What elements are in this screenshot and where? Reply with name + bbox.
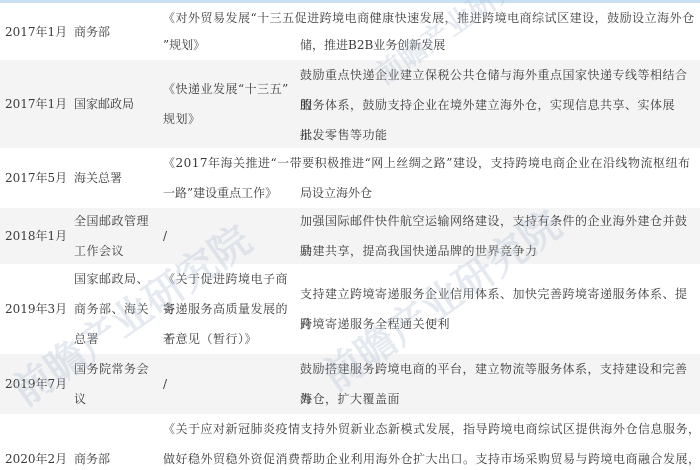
org-line: 商务部、海关 bbox=[74, 294, 156, 324]
org-line: 全国邮政管理 bbox=[74, 206, 156, 236]
doc-cell: 《关于应对新冠肺炎疫情支持外贸新业态新模式发展，指导跨境电商综试区提供海外仓信息… bbox=[163, 414, 698, 470]
doc-cell-tail: ”规划》 bbox=[163, 30, 205, 60]
content-line: 批发零售等功能 bbox=[300, 120, 695, 150]
date-cell: 2019年3月 bbox=[5, 294, 73, 324]
content-line: 外仓，扩大覆盖面 bbox=[300, 384, 695, 414]
org-cell: 全国邮政管理 工作会议 bbox=[74, 206, 156, 266]
content-line: 支持建立跨境寄递服务企业信用体系、加快完善跨境寄递服务体系、提升 bbox=[300, 279, 695, 309]
org-cell: 海关总署 bbox=[74, 163, 156, 193]
content-line: 共建共享，提高我国快递品牌的世界竞争力 bbox=[300, 236, 695, 266]
org-cell: 国家邮政局 bbox=[74, 89, 156, 119]
doc-cell: / bbox=[163, 221, 298, 251]
doc-line: 《2017年海关推进“一带要积极推进“网上丝绸之路”建设，支持跨境电商企业在沿线… bbox=[163, 148, 698, 178]
org-cell: 国家邮政局、 商务部、海关 总署 bbox=[74, 264, 156, 354]
content-cell: 加强国际邮件快件航空运输网络建设，支持有条件的企业海外建仓并鼓励 共建共享，提高… bbox=[300, 206, 695, 266]
content-cell: 储，推进B2B业务创新发展 bbox=[300, 30, 445, 60]
doc-line: 寄递服务高质量发展的若 bbox=[163, 294, 298, 324]
table-row: 2020年2月 商务部 《关于应对新冠肺炎疫情支持外贸新业态新模式发展，指导跨境… bbox=[0, 414, 700, 470]
doc-line: 做好稳外贸稳外资促消费帮助企业利用海外仓扩大出口。支持市场采购贸易与跨境电商融合… bbox=[163, 444, 698, 470]
table-row: 2017年1月 国家邮政局 《快递业发展“十三五” 规划》 鼓励重点快递企业建立… bbox=[0, 60, 700, 148]
content-cell: 鼓励搭建服务跨境电商的平台，建立物流等服务体系，支持建设和完善海 外仓，扩大覆盖… bbox=[300, 354, 695, 414]
table-row: 2019年3月 国家邮政局、 商务部、海关 总署 《关于促进跨境电子商务 寄递服… bbox=[0, 264, 700, 354]
date-cell: 2017年1月 bbox=[5, 17, 73, 47]
doc-line: 干意见（暂行）》 bbox=[163, 324, 298, 354]
content-cell: 支持建立跨境寄递服务企业信用体系、加快完善跨境寄递服务体系、提升 跨境寄递服务全… bbox=[300, 279, 695, 339]
content-line: 鼓励重点快递企业建立保税公共仓储与海外重点国家快递专线等相结合的 bbox=[300, 60, 695, 90]
doc-line: 《快递业发展“十三五” bbox=[163, 74, 298, 104]
table-row: 2017年5月 海关总署 《2017年海关推进“一带要积极推进“网上丝绸之路”建… bbox=[0, 148, 700, 208]
table-row: 2019年7月 国务院常务会 议 / 鼓励搭建服务跨境电商的平台，建立物流等服务… bbox=[0, 354, 700, 414]
doc-cell: 《关于促进跨境电子商务 寄递服务高质量发展的若 干意见（暂行）》 bbox=[163, 264, 298, 354]
doc-line: 《关于应对新冠肺炎疫情支持外贸新业态新模式发展，指导跨境电商综试区提供海外仓信息… bbox=[163, 414, 698, 444]
date-cell: 2017年1月 bbox=[5, 89, 73, 119]
date-cell: 2020年2月 bbox=[5, 444, 73, 470]
date-cell: 2019年7月 bbox=[5, 369, 73, 399]
doc-cell-tail: 一路”建设重点工作》 bbox=[163, 178, 277, 208]
date-cell: 2018年1月 bbox=[5, 221, 73, 251]
org-line: 议 bbox=[74, 384, 156, 414]
table-row: 2018年1月 全国邮政管理 工作会议 / 加强国际邮件快件航空运输网络建设，支… bbox=[0, 208, 700, 264]
doc-cell: 《2017年海关推进“一带要积极推进“网上丝绸之路”建设，支持跨境电商企业在沿线… bbox=[163, 148, 698, 178]
doc-line: 规划》 bbox=[163, 104, 298, 134]
content-cell: 局设立海外仓 bbox=[300, 178, 372, 208]
content-line: 服务体系，鼓励支持企业在境外建立海外仓，实现信息共享、实体展示、 bbox=[300, 90, 695, 120]
content-line: 鼓励搭建服务跨境电商的平台，建立物流等服务体系，支持建设和完善海 bbox=[300, 354, 695, 384]
doc-line: 《对外贸易发展“十三五促进跨境电商健康快速发展，推进跨境电商综试区建设，鼓励设立… bbox=[163, 3, 698, 33]
doc-cell: 《快递业发展“十三五” 规划》 bbox=[163, 74, 298, 134]
org-line: 国家邮政局、 bbox=[74, 264, 156, 294]
content-line: 跨境寄递服务全程通关便利 bbox=[300, 309, 695, 339]
org-cell: 商务部 bbox=[74, 444, 156, 470]
content-line: 加强国际邮件快件航空运输网络建设，支持有条件的企业海外建仓并鼓励 bbox=[300, 206, 695, 236]
org-line: 工作会议 bbox=[74, 236, 156, 266]
content-cell: 鼓励重点快递企业建立保税公共仓储与海外重点国家快递专线等相结合的 服务体系，鼓励… bbox=[300, 60, 695, 150]
doc-cell: 《对外贸易发展“十三五促进跨境电商健康快速发展，推进跨境电商综试区建设，鼓励设立… bbox=[163, 3, 698, 33]
org-line: 总署 bbox=[74, 324, 156, 354]
org-cell: 商务部 bbox=[74, 17, 156, 47]
org-line: 国务院常务会 bbox=[74, 354, 156, 384]
org-cell: 国务院常务会 议 bbox=[74, 354, 156, 414]
doc-cell: / bbox=[163, 369, 298, 399]
date-cell: 2017年5月 bbox=[5, 163, 73, 193]
table-row: 2017年1月 商务部 《对外贸易发展“十三五促进跨境电商健康快速发展，推进跨境… bbox=[0, 3, 700, 60]
policy-table: 2017年1月 商务部 《对外贸易发展“十三五促进跨境电商健康快速发展，推进跨境… bbox=[0, 3, 700, 470]
doc-line: 《关于促进跨境电子商务 bbox=[163, 264, 298, 294]
